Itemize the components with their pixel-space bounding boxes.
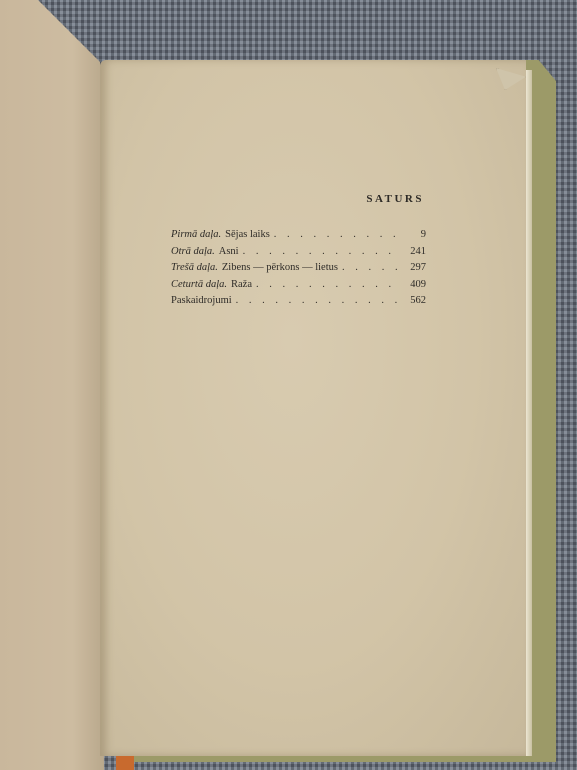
toc-part-label: Otrā daļa. [171,246,215,257]
toc-title: Zibens — pērkons — lietus [222,262,338,273]
toc-part-label: Trešā daļa. [171,262,218,273]
toc-page-number: 409 [406,279,426,290]
book-spine [116,755,134,770]
dot-leader [274,229,402,240]
toc-title: Raža [231,279,252,290]
right-page [100,60,526,756]
toc-page-number: 562 [406,295,426,306]
toc-heading: SATURS [360,193,424,205]
toc-page-number: 241 [406,246,426,257]
table-of-contents: Pirmā daļa. Sējas laiks 9 Otrā daļa. Asn… [171,229,426,312]
toc-page-number: 9 [406,229,426,240]
toc-title: Paskaidrojumi [171,295,232,306]
toc-title: Asni [219,246,239,257]
toc-part-label: Pirmā daļa. [171,229,221,240]
toc-entry: Ceturtā daļa. Raža 409 [171,279,426,296]
toc-entry: Paskaidrojumi 562 [171,295,426,312]
toc-page-number: 297 [406,262,426,273]
toc-title: Sējas laiks [225,229,270,240]
toc-entry: Trešā daļa. Zibens — pērkons — lietus 29… [171,262,426,279]
toc-entry: Pirmā daļa. Sējas laiks 9 [171,229,426,246]
dot-leader [342,262,402,273]
dot-leader [236,295,402,306]
toc-part-label: Ceturtā daļa. [171,279,227,290]
toc-entry: Otrā daļa. Asni 241 [171,246,426,263]
left-page [0,0,104,770]
dot-leader [256,279,402,290]
dot-leader [243,246,402,257]
